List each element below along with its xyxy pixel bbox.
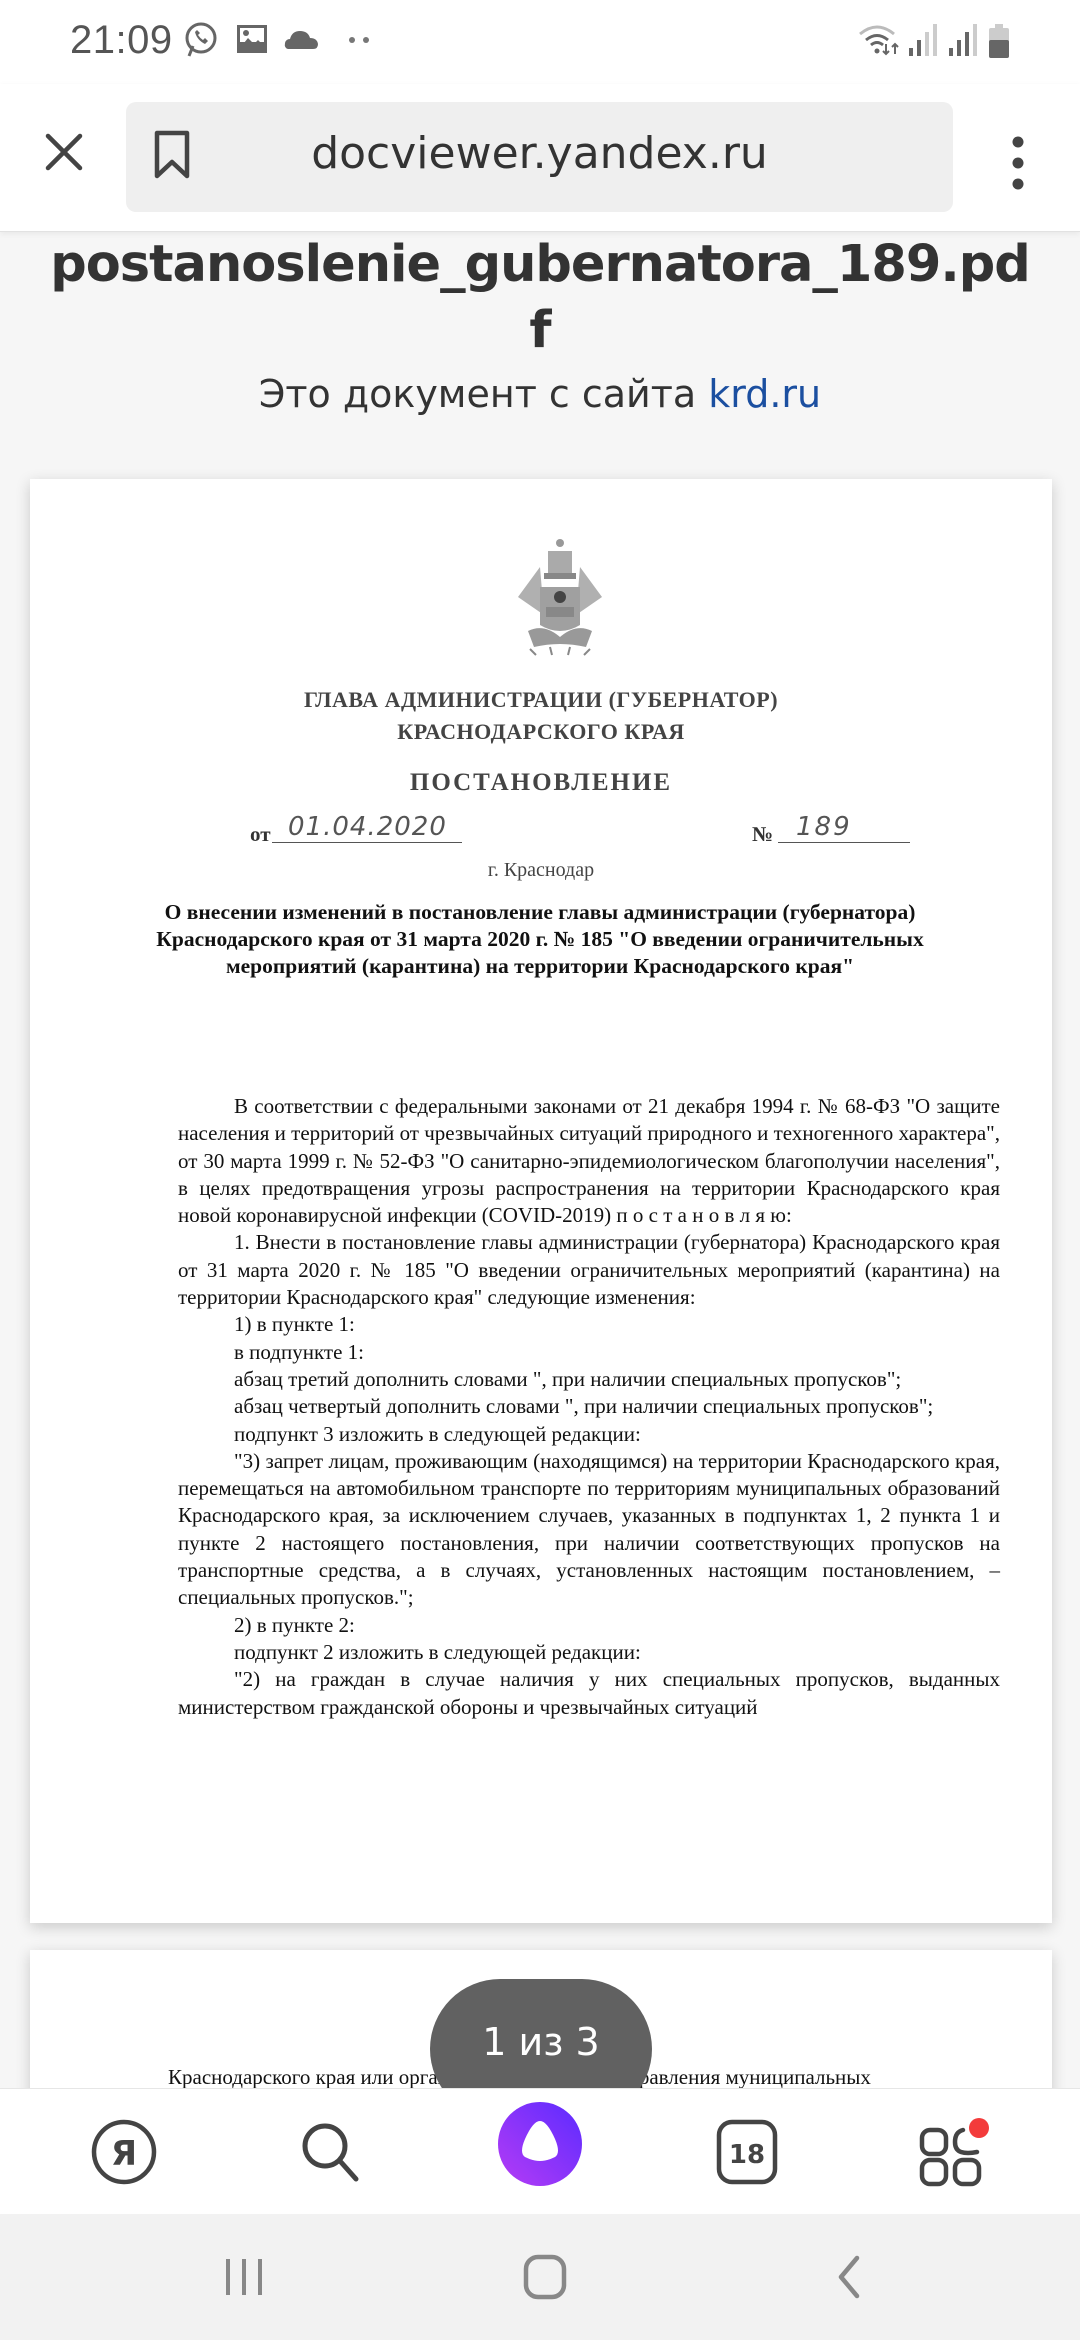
close-icon	[44, 132, 84, 172]
paragraph: подпункт 2 изложить в следующей редакции…	[178, 1639, 1000, 1666]
yandex-home-button[interactable]: Я	[79, 2107, 169, 2197]
paragraph: 2) в пункте 2:	[178, 1612, 1000, 1639]
date-number-row: от 01.04.2020 № 189	[250, 812, 910, 852]
home-icon	[523, 2254, 567, 2300]
document-filename: postanoslenie_gubernatora_189.pdf	[40, 232, 1040, 364]
whatsapp-icon	[183, 20, 219, 60]
org-title-line2: КРАСНОДАРСКОГО КРАЯ	[30, 716, 1052, 748]
url-bar[interactable]: docviewer.yandex.ru	[126, 102, 953, 212]
gallery-icon	[236, 24, 268, 54]
paragraph: в подпункте 1:	[178, 1339, 1000, 1366]
decree-subject: О внесении изменений в постановление гла…	[140, 899, 940, 980]
source-link[interactable]: krd.ru	[708, 372, 821, 416]
paragraph: подпункт 3 изложить в следующей редакции…	[178, 1421, 1000, 1448]
tabs-count: 18	[729, 2140, 765, 2170]
date-label: от	[250, 822, 271, 847]
paragraph: 1) в пункте 1:	[178, 1311, 1000, 1338]
status-bar: 21:09	[0, 0, 1080, 84]
system-navigation-bar	[0, 2214, 1080, 2340]
svg-text:Я: Я	[111, 2134, 137, 2174]
menu-button[interactable]	[1000, 134, 1036, 192]
paragraph: абзац четвертый дополнить словами ", при…	[178, 1393, 1000, 1420]
browser-bottom-toolbar: Я 18	[0, 2088, 1080, 2214]
apps-grid-icon	[919, 2116, 991, 2188]
pdf-page-1: ГЛАВА АДМИНИСТРАЦИИ (ГУБЕРНАТОР) КРАСНОД…	[30, 479, 1052, 1923]
number-label: №	[752, 822, 773, 847]
back-button[interactable]	[808, 2244, 888, 2310]
more-dots-icon	[348, 36, 372, 44]
search-button[interactable]	[286, 2107, 376, 2197]
paragraph: "3) запрет лицам, проживающим (находящим…	[178, 1448, 1000, 1612]
alice-assistant-icon	[497, 2101, 583, 2187]
status-time: 21:09	[70, 18, 173, 63]
search-icon	[298, 2119, 364, 2185]
services-button[interactable]	[910, 2107, 1000, 2197]
source-prefix: Это документ с сайта	[259, 372, 708, 416]
date-value: 01.04.2020	[272, 812, 462, 843]
alice-button[interactable]	[495, 2099, 585, 2189]
document-source: Это документ с сайта krd.ru	[0, 372, 1080, 416]
krasnodar-coat-of-arms-icon	[514, 537, 606, 657]
wifi-icon	[858, 22, 904, 56]
tabs-count-icon: 18	[716, 2119, 778, 2185]
tabs-button[interactable]: 18	[702, 2107, 792, 2197]
close-button[interactable]	[36, 124, 92, 180]
recent-apps-icon	[222, 2255, 266, 2299]
notification-dot	[969, 2118, 989, 2138]
kebab-menu-icon	[1000, 134, 1036, 192]
paragraph: "2) на граждан в случае наличия у них сп…	[178, 1666, 1000, 1721]
decree-body: В соответствии с федеральными законами о…	[178, 1093, 1000, 1721]
back-icon	[833, 2254, 863, 2300]
paragraph: В соответствии с федеральными законами о…	[178, 1093, 1000, 1229]
decree-type: ПОСТАНОВЛЕНИЕ	[30, 769, 1052, 797]
home-button[interactable]	[505, 2244, 585, 2310]
yandex-logo-icon: Я	[91, 2119, 157, 2185]
url-text[interactable]: docviewer.yandex.ru	[126, 128, 953, 179]
signal-sim2-icon	[948, 24, 978, 56]
signal-sim1-icon	[908, 24, 938, 56]
org-title-line1: ГЛАВА АДМИНИСТРАЦИИ (ГУБЕРНАТОР)	[30, 684, 1052, 716]
cloud-icon	[284, 28, 320, 50]
recent-apps-button[interactable]	[204, 2244, 284, 2310]
city: г. Краснодар	[30, 859, 1052, 882]
battery-icon	[988, 24, 1010, 58]
browser-top-bar: docviewer.yandex.ru	[0, 84, 1080, 232]
paragraph: 1. Внести в постановление главы админист…	[178, 1229, 1000, 1311]
paragraph: абзац третий дополнить словами ", при на…	[178, 1366, 1000, 1393]
number-value: 189	[778, 812, 910, 843]
